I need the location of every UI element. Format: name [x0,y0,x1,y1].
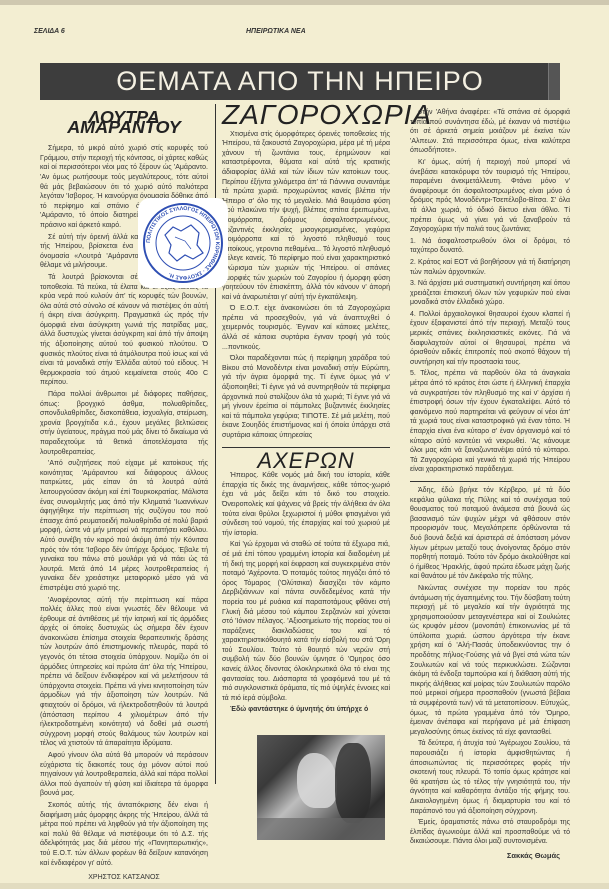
list-item: 3. Νά άρχίσει μιά συστηματική συντήρηση … [410,279,570,308]
list-item: 4. Πολλοί άρχαιολογικοί θησαυροί έχουν κ… [410,310,570,368]
author-name: ΧΡΗΣΤΟΣ ΚΑΤΣΑΝΟΣ [40,873,208,883]
article-paragraph: Ήπειρος. Κάθε νομός μιά δική του ίστορία… [222,471,390,538]
article-headline: ΛΟΥΤΡΑ ΑΜΑΡΑΝΤΟΥ [40,113,208,132]
acheron-gorge-photo [257,735,385,840]
article-paragraph: Πάρα πολλοί άνθρωποι μέ διάφορες παθήσει… [40,390,208,457]
article-paragraph: Κι' όμως, αύτή ή περιοχή πού μπορεί νά ά… [410,158,570,235]
list-item: 5. Τέλος, πρέπει νά παρθούν όλα τά άναγκ… [410,369,570,475]
article-paragraph: 'Αναφέροντας αύτή τήν περίπτωση καί πάρα… [40,596,208,750]
article-paragraph: Καί 'γώ έρχομαι νά σταθώ σέ τούτα τά έξχ… [222,540,390,703]
article-zagorochoria-continued: στήν 'Αθήνα άναφέρει: «Τά σπάνια σέ όμορ… [410,108,570,861]
article-paragraph: Άδης, έδώ βρήκε τόν Κέρβερο, μέ τά δύο κ… [410,486,570,582]
article-paragraph: Τά λουτρά βρίσκονται σέ μιά πολύ γραφική… [40,273,208,388]
article-bold-line: Έδώ φαντάστηκε ό ύμνητής ότι ύπήρχε ό [222,705,390,715]
article-paragraph: Έμείς, όραματιστές πάνω στό σταυροδρόμι … [410,818,570,847]
stamp-seal-icon: ΠΟΛΙΤΙΣΤΙΚΟΣ ΣΥΛΛΟΓΟΣ ΗΠΕΙΡΩΤΩΝ ΚΟΡΙΝΘΙΑ… [141,201,225,285]
section-banner: ΘΕΜΑΤΑ ΑΠΟ ΤΗΝ ΗΠΕΙΡΟ [40,63,560,100]
svg-text:ΠΟΛΙΤΙΣΤΙΚΟΣ ΣΥΛΛΟΓΟΣ ΗΠΕΙΡΩΤΩ: ΠΟΛΙΤΙΣΤΙΚΟΣ ΣΥΛΛΟΓΟΣ ΗΠΕΙΡΩΤΩΝ ΚΟΡΙΝΘΙΑ… [146,206,220,280]
list-item: 2. Κράτος καί ΕΟΤ νά βοηθήσουν γιά τή δι… [410,258,570,277]
section-title: ΘΕΜΑΤΑ ΑΠΟ ΤΗΝ ΗΠΕΙΡΟ [116,66,484,97]
article-headline-acheron: ΑΧΕΡΩΝ [222,456,390,466]
photo-rock-shadow [335,743,371,823]
scan-bottom-edge [0,883,609,889]
article-zagorochoria: ΖΑΓΟΡΟΧΩΡΙΑ Χτισμένα στίς όμορφότερες όρ… [222,108,390,717]
article-paragraph: στήν 'Αθήνα άναφέρει: «Τά σπάνια σέ όμορ… [410,108,570,156]
article-paragraph: Όλοι παραδέχονται πώς ή περίφημη χαράδρα… [222,354,390,440]
author-name: Σακκάς Θωμάς [410,851,570,861]
banner-edge [548,63,560,100]
article-paragraph: Τά δεύτερα, ή άτυχία τού 'Αγέρωχου Σουλί… [410,739,570,816]
article-paragraph: Νικώντας συνέχισε την πορείαν του πρός ά… [410,584,570,738]
page-header: ΣΕΛΙΔΑ 6 ΗΠΕΙΡΩΤΙΚΑ ΝΕΑ [34,28,524,38]
photo-river [257,818,385,840]
association-stamp: ΠΟΛΙΤΙΣΤΙΚΟΣ ΣΥΛΛΟΓΟΣ ΗΠΕΙΡΩΤΩΝ ΚΟΡΙΝΘΙΑ… [138,198,228,288]
article-paragraph: Χτισμένα στίς όμορφότερες όρεινές τοποθε… [222,130,390,303]
page-number: ΣΕΛΙΔΑ 6 [34,28,65,35]
photo-rock-highlight [297,753,337,808]
article-paragraph: Αφού γίνουν όλα αύτά θά μπορούν νά περάσ… [40,751,208,799]
list-item: 1. Νά άσφαλτοστρωθούν όλοι οί δρόμοι, τό… [410,237,570,256]
scan-top-edge [0,0,609,5]
newspaper-name: ΗΠΕΙΡΩΤΙΚΑ ΝΕΑ [246,28,306,35]
article-paragraph: Ό Ε.Ο.Τ. είχε άνακοινώσει ότι τά Ζαγοροχ… [222,304,390,352]
article-paragraph: Σκοπός αύτής τής άνταπόκρισης δέν είναι … [40,801,208,868]
article-headline: ΖΑΓΟΡΟΧΩΡΙΑ [222,110,390,120]
article-separator [410,481,570,482]
article-paragraph: 'Από συζητήσεις πού είχαμε μέ κατοίκους … [40,459,208,593]
